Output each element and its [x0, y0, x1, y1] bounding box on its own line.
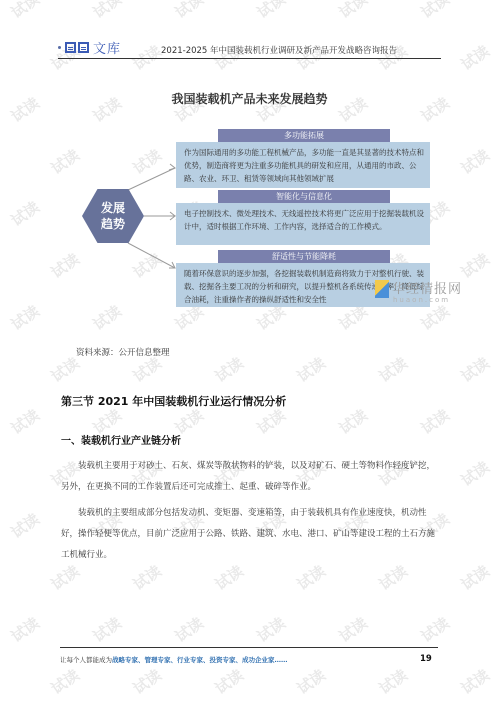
- figure-title: 我国装载机产品未来发展趋势: [0, 90, 499, 107]
- page-header: 文库 2021-2025 年中国装载机行业调研及新产品开发战略咨询报告: [58, 36, 441, 59]
- trend-body-intelligent: 电子控制技术、微处理技术、无线遥控技术将更广泛应用于挖掘装载机设计中，适时根据工…: [176, 203, 430, 245]
- huaon-brand-cn: 华经情报网: [392, 278, 462, 297]
- figure-source: 资料来源：公开信息整理: [76, 346, 170, 358]
- paragraph-2: 装载机的主要组成部分包括发动机、变矩器、变速箱等，由于装载机具有作业速度快，机动…: [61, 503, 436, 566]
- footer-divider: [60, 647, 438, 648]
- report-title: 2021-2025 年中国装载机行业调研及新产品开发战略咨询报告: [161, 44, 397, 56]
- huaon-watermark: 华经情报网 huaon.com: [375, 278, 462, 298]
- center-label-line2: 趋势: [101, 216, 125, 232]
- sub-section-title: 一、装载机行业产业链分析: [61, 432, 181, 447]
- huaon-logo-icon: [375, 280, 389, 298]
- huaon-brand-en: huaon.com: [393, 296, 450, 304]
- page-number: 19: [420, 654, 432, 664]
- trend-header-intelligent: 智能化与信息化: [218, 190, 390, 203]
- logo-text: 文库: [93, 38, 121, 57]
- logo-dot-icon: [58, 46, 61, 49]
- footer-prefix: 让每个人都能成为: [60, 656, 112, 664]
- brand-logo: 文库: [58, 38, 121, 57]
- center-label-line1: 发展: [101, 200, 125, 216]
- logo-mark-icon: [65, 42, 89, 53]
- trend-header-comfort: 舒适性与节能降耗: [218, 250, 390, 263]
- trend-body-multifunction: 作为国际通用的多功能工程机械产品，多功能一直是其显著的技术特点和优势，制造商将更…: [176, 142, 430, 188]
- footer-slogan: 让每个人都能成为战略专家、管理专家、行业专家、投资专家、成功企业家……: [60, 655, 288, 664]
- paragraph-1: 装载机主要用于对砂土、石灰、煤炭等散状物料的铲装，以及对矿石、硬土等物料作轻度铲…: [61, 456, 436, 498]
- section-title: 第三节 2021 年中国装载机行业运行情况分析: [61, 393, 286, 409]
- footer-highlight: 战略专家、管理专家、行业专家、投资专家、成功企业家……: [112, 656, 288, 664]
- trend-header-multifunction: 多功能拓展: [218, 129, 390, 142]
